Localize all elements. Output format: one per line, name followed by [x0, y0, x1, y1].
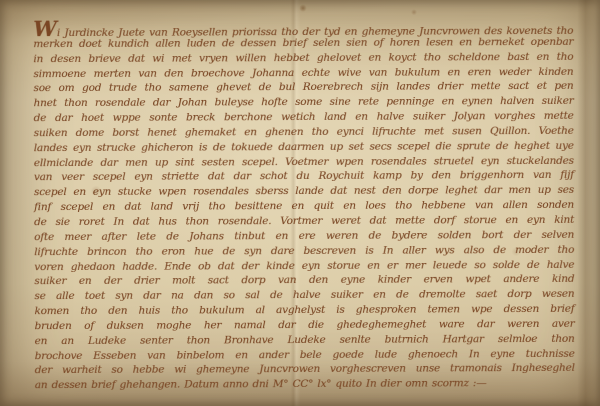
manuscript-line dating-clause: an dessen brief ghehangen. Datum anno dn…: [35, 376, 575, 393]
manuscript-text: Wi Jurdincke Juete van Roeysellen priori…: [33, 20, 575, 393]
manuscript-photo: Wi Jurdincke Juete van Roeysellen priori…: [0, 0, 600, 406]
